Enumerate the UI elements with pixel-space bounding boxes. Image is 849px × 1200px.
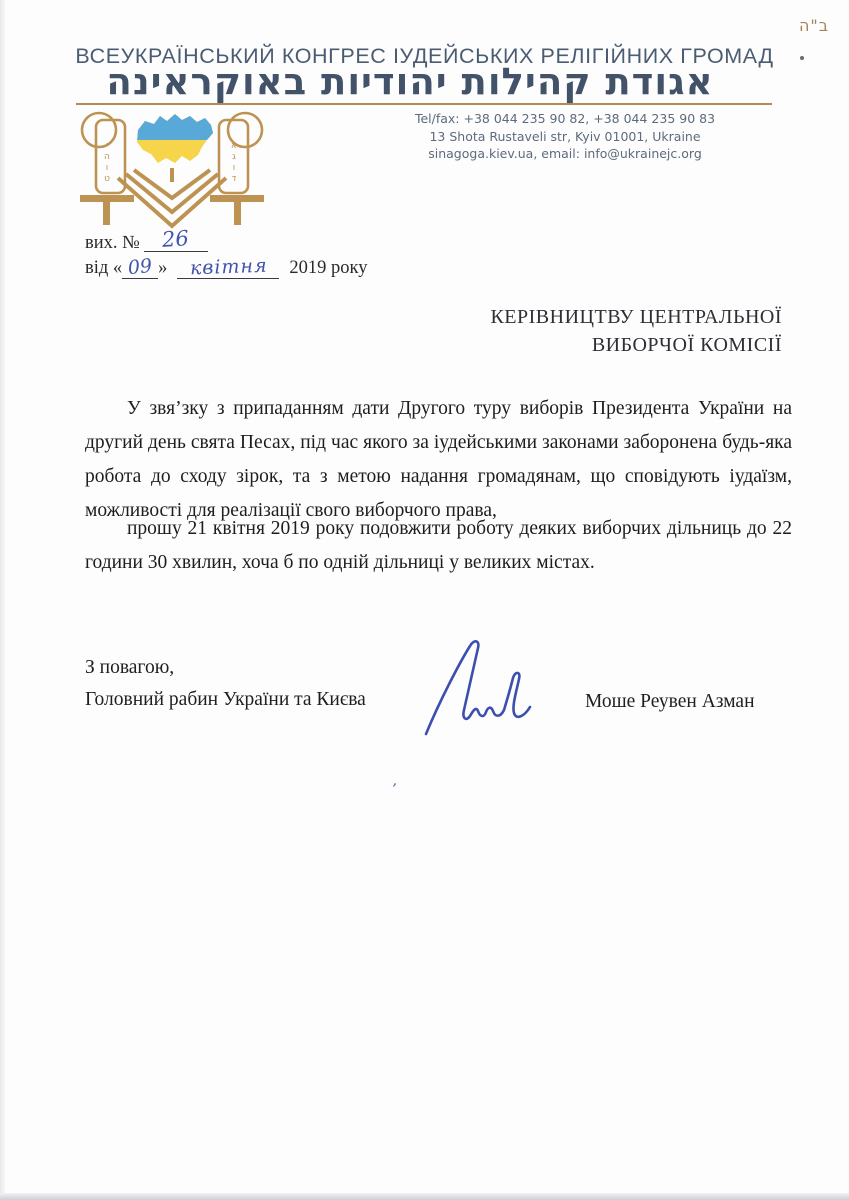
scan-edge-left [0,0,5,1200]
bsd-mark: ב"ה [799,16,829,35]
svg-text:ג: ג [232,152,236,162]
handwritten-number: 26 [162,228,190,251]
date-prefix: від « [85,258,122,279]
body-paragraph-1: У звя’зку з припаданням дати Другого тур… [85,392,792,528]
date-close-quote: » [158,258,167,279]
scan-speck [800,56,804,60]
body-paragraph-2: прошу 21 квітня 2019 року подовжити робо… [85,512,792,580]
gold-divider-line [76,103,772,105]
handwritten-month: квітня [189,257,267,279]
torah-scroll-ukraine-logo-icon: י ה ו ט א ג ו ד [78,106,266,237]
recipient-line1: КЕРІВНИЦТВУ ЦЕНТРАЛЬНОЇ [490,303,782,331]
outgoing-number-line: вих. № 26 [85,231,368,258]
handwritten-signature-icon [420,636,540,743]
svg-text:ו: ו [106,163,108,173]
recipient-block: КЕРІВНИЦТВУ ЦЕНТРАЛЬНОЇ ВИБОРЧОЇ КОМІСІЇ [490,303,782,359]
contact-block: Tel/fax: +38 044 235 90 82, +38 044 235 … [330,110,800,163]
recipient-line2: ВИБОРЧОЇ КОМІСІЇ [490,331,782,359]
date-year: 2019 року [289,258,367,279]
signer-name: Моше Реувен Азман [585,691,755,713]
signature-closing: З повагою, [85,657,174,679]
svg-text:י: י [106,141,108,151]
handwritten-day: 09 [127,257,153,278]
svg-text:ט: ט [104,174,110,184]
svg-text:א: א [231,141,237,151]
org-name-hebrew: אגודת קהילות יהודיות באוקראינה [0,60,820,103]
date-line: від « 09 » квітня 2019 року [85,258,368,285]
reference-block: вих. № 26 від « 09 » квітня 2019 року [85,231,368,285]
signer-title: Головний рабин України та Києва [85,689,366,711]
svg-text:ד: ד [232,174,237,184]
contact-address: 13 Shota Rustaveli str, Kyiv 01001, Ukra… [330,128,800,146]
svg-text:ה: ה [104,152,110,162]
scan-edge-bottom [0,1193,849,1200]
ink-speck: ’ [389,780,398,799]
outgoing-number-slot: 26 [144,229,208,252]
contact-web-email: sinagoga.kiev.ua, email: info@ukrainejc.… [330,145,800,163]
date-month-slot: квітня [177,258,279,279]
contact-telfax: Tel/fax: +38 044 235 90 82, +38 044 235 … [330,110,800,128]
svg-text:ו: ו [233,163,235,173]
date-day-slot: 09 [122,258,158,279]
outgoing-number-label: вих. № [85,233,140,254]
